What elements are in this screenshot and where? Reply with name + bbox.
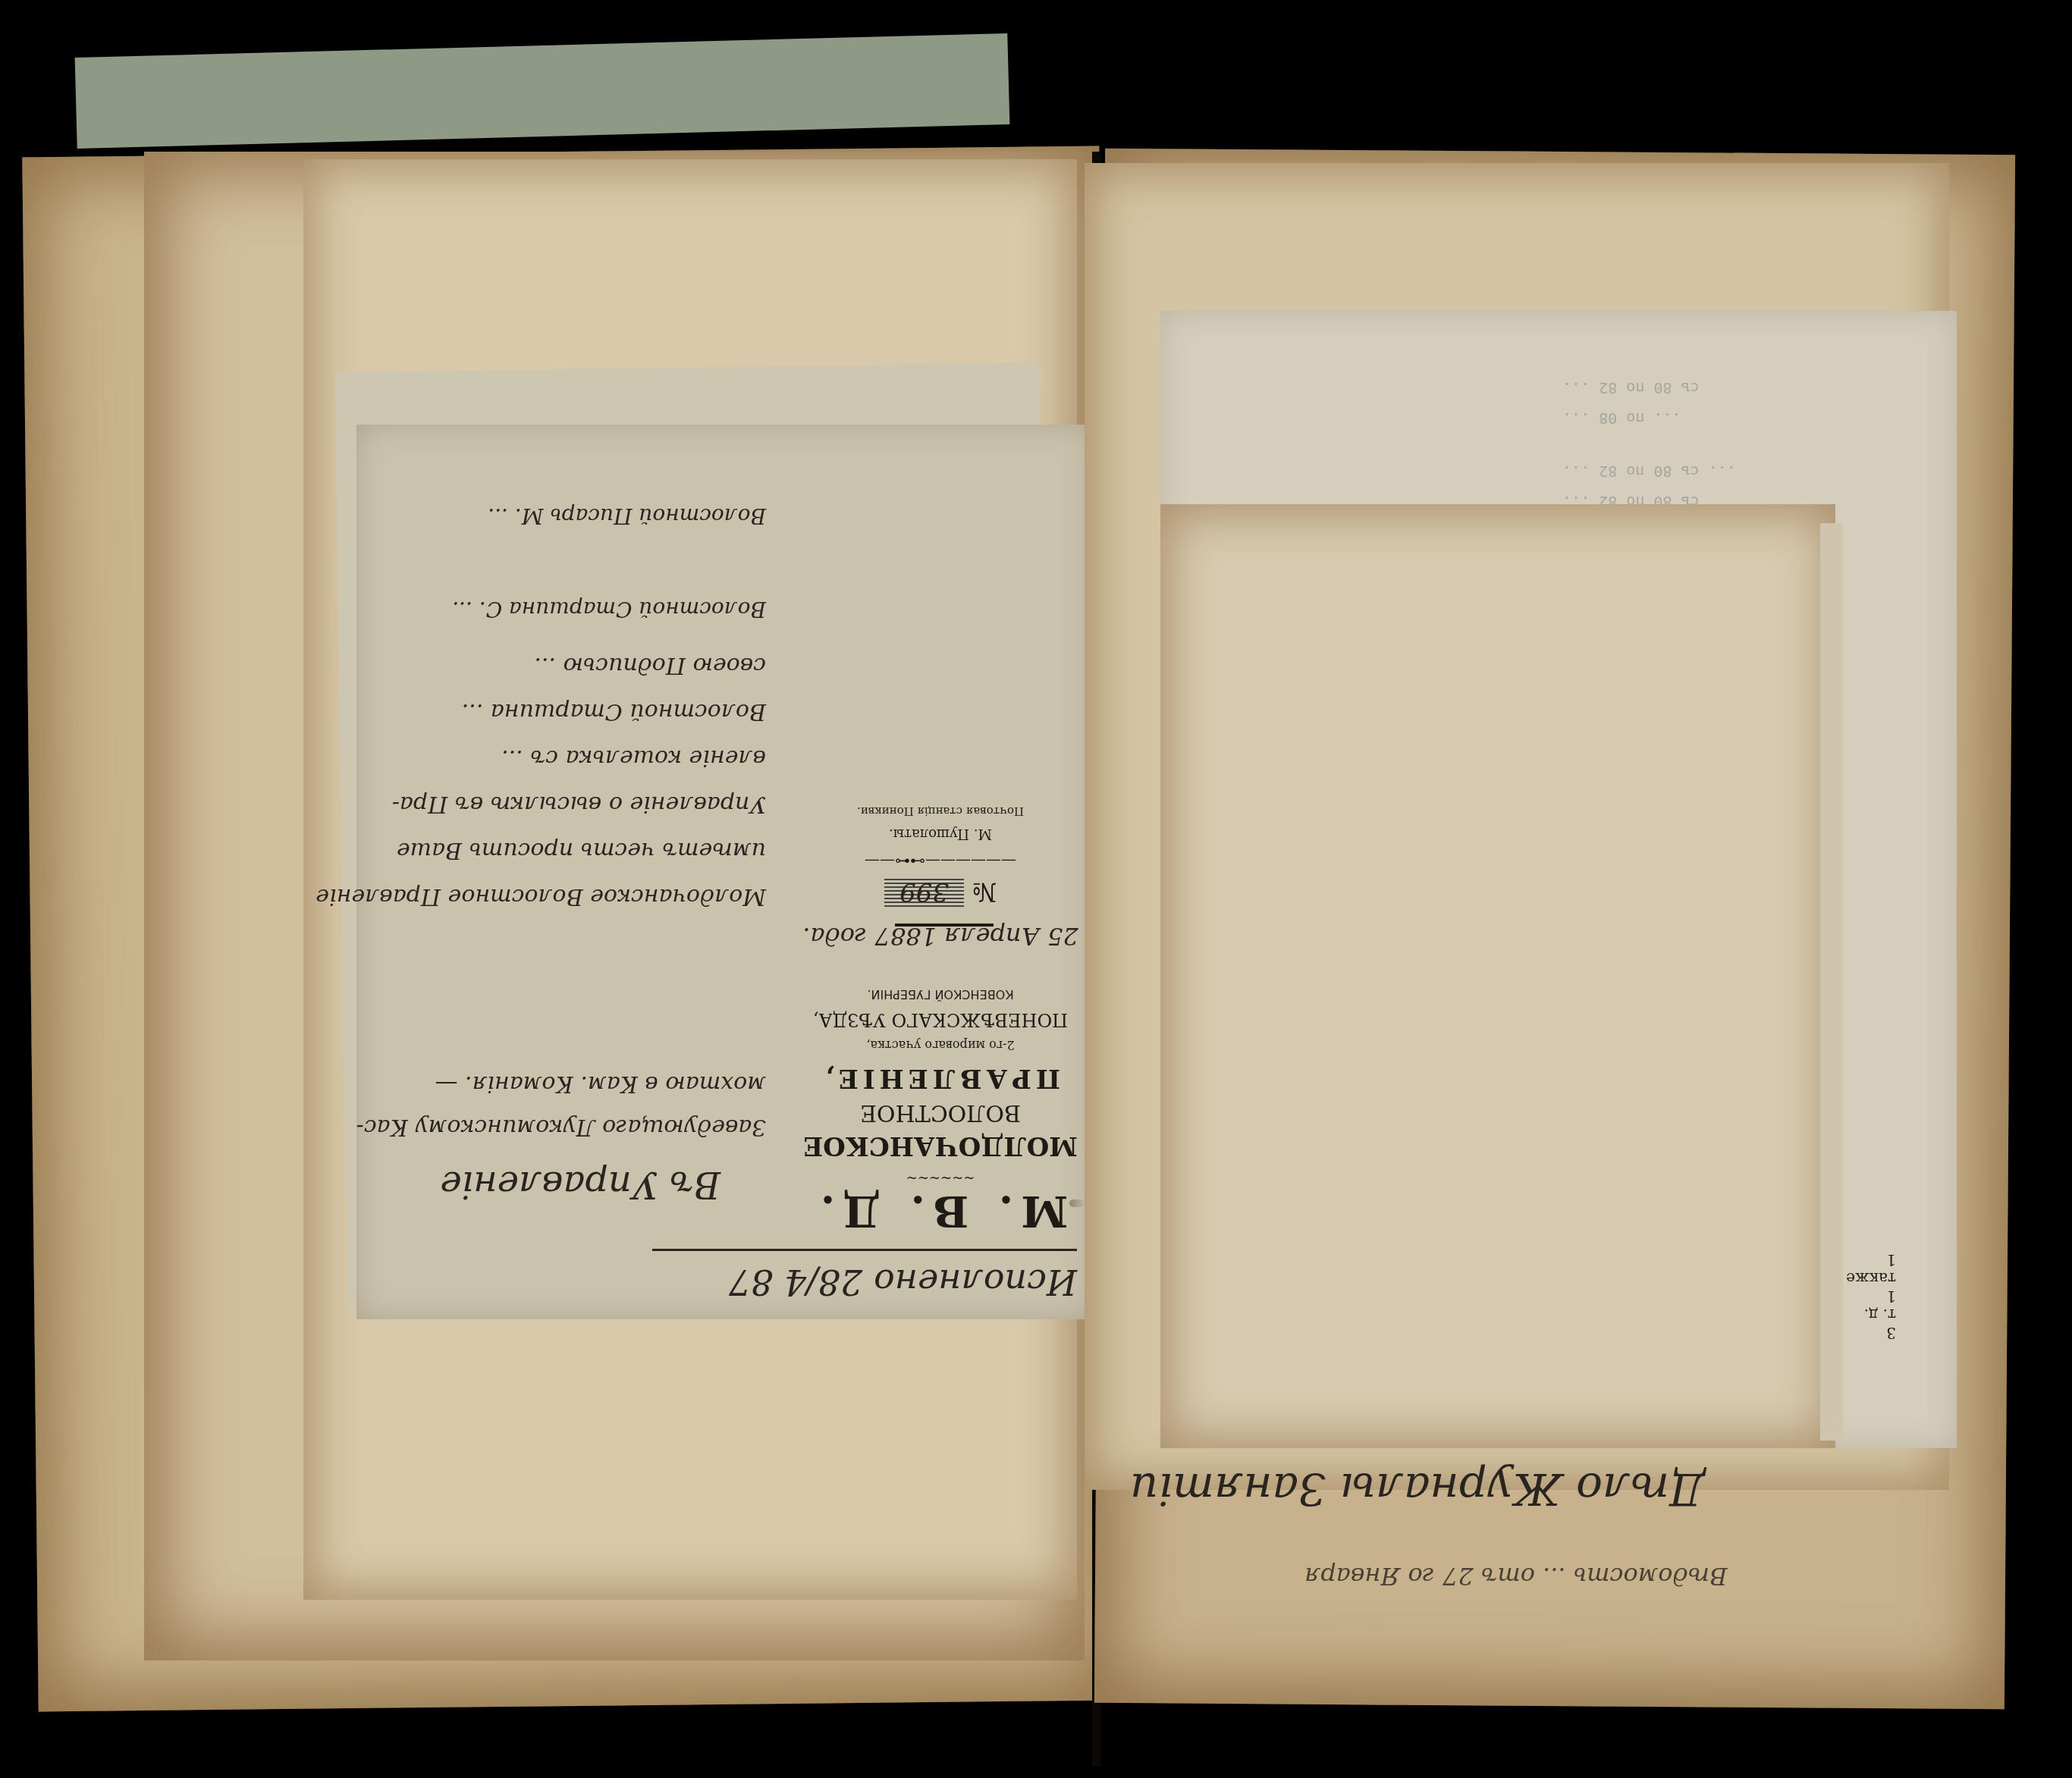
signature-line1: Волостной Старшина С. ... xyxy=(372,597,766,622)
letterhead-place: М. Пушолаты. xyxy=(789,826,1092,842)
number-value: 399 xyxy=(884,876,964,907)
letterhead-postal: Почтовая станція Поникви. xyxy=(789,804,1092,818)
letter-content: Исполнено 28/4 87 М. В. Д. ~~~~~~ МОЛДОЧ… xyxy=(356,425,1092,1319)
margin-print-1: 3 xyxy=(1843,1324,1896,1342)
letterhead-line3: ПРАВЛЕНІЕ, xyxy=(789,1063,1092,1093)
divider xyxy=(652,1249,1077,1251)
body-line6: своею Подписью ... xyxy=(372,652,766,679)
addressee-line2: Заведующаго Лукоминскому Кас- xyxy=(372,1114,766,1140)
letterhead-line5: ПОНЕВѢЖСКАГО УѢЗДА, xyxy=(789,1009,1092,1030)
addressee-line1: Въ Управленіе xyxy=(372,1163,720,1206)
body-line3: Управленіе о высылкѣ въ Пра- xyxy=(372,791,766,817)
letterhead-number-row: № 399 xyxy=(789,876,1092,907)
body-line4: вленіе кошелька съ ... xyxy=(372,745,766,771)
body-line2: имѣетъ честь просить Ваше xyxy=(372,837,766,864)
letter-sheet: Исполнено 28/4 87 М. В. Д. ~~~~~~ МОЛДОЧ… xyxy=(356,425,1092,1319)
margin-print: 3 т. д. 1 также 1 xyxy=(1843,1251,1896,1342)
number-label: № xyxy=(972,876,997,907)
right-header-handwritten: Дѣло Журналы Занятіи xyxy=(1130,1463,1705,1515)
faint-print-2: ... по 08 ... xyxy=(1562,409,1681,428)
margin-print-4: также xyxy=(1843,1269,1896,1287)
letterhead-line1: МОЛДОЧАНСКОЕ xyxy=(789,1130,1092,1161)
letterhead-line6: КОВЕНСКОЙ ГУБЕРНІИ. xyxy=(789,987,1092,1002)
letterhead-line4: 2-го мироваго участка, xyxy=(789,1038,1092,1052)
right-blank-sheet-edge xyxy=(1820,523,1843,1441)
ornament-rule: ——————⊶⊷—— xyxy=(789,852,1092,870)
faint-print-3: ... съ 80 по 82 ... xyxy=(1562,463,1736,481)
addressee-line3: мохтаю в Кам. Команія. — xyxy=(372,1071,766,1097)
body-line5: Волостной Старшина ... xyxy=(372,698,766,725)
body-line1: Молдочанское Волостное Правленіе xyxy=(372,883,766,910)
received-note: Исполнено 28/4 87 xyxy=(729,1262,1077,1303)
ornament: ~~~~~~ xyxy=(789,1170,1092,1186)
letter-body: Молдочанское Волостное Правленіе имѣетъ … xyxy=(372,503,766,910)
margin-print-3: 1 xyxy=(1843,1287,1896,1306)
signature-line2: Волостной Писарь М. ... xyxy=(372,503,766,528)
margin-print-5: 1 xyxy=(1843,1251,1896,1269)
letterhead-line2: ВОЛОСТНОЕ xyxy=(789,1099,1092,1126)
letterhead-abbrev: М. В. Д. xyxy=(789,1186,1092,1236)
addressee-block: Въ Управленіе Заведующаго Лукоминскому К… xyxy=(372,1071,766,1206)
right-footer-handwritten: Вѣдомость ... отъ 27 го Января xyxy=(1304,1562,1728,1591)
margin-print-2: т. д. xyxy=(1843,1306,1896,1324)
left-green-sheet xyxy=(75,33,1010,149)
letterhead: М. В. Д. ~~~~~~ МОЛДОЧАНСКОЕ ВОЛОСТНОЕ П… xyxy=(789,804,1092,1236)
right-blank-sheet xyxy=(1160,504,1835,1448)
faint-print-1: съ 80 по 82 ... xyxy=(1562,379,1700,397)
rule xyxy=(895,923,994,927)
